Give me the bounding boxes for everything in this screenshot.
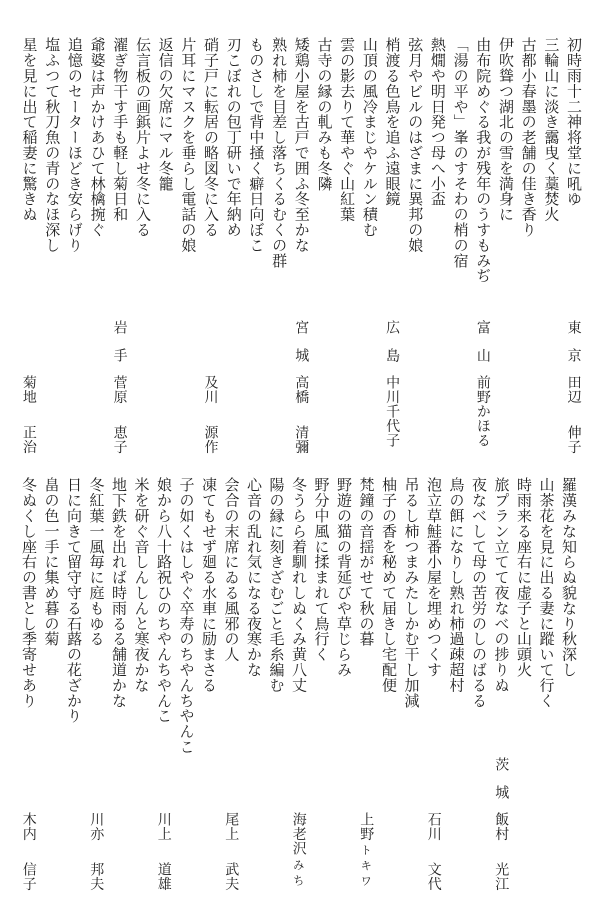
author: 石川 文代 — [423, 757, 446, 891]
haiku-line: 返信の欠席にマル冬籠 — [154, 37, 177, 191]
author-given-name: 武夫 — [221, 862, 241, 891]
author-given-name: みち — [291, 859, 307, 890]
author-family-name: 菊地 — [19, 375, 39, 425]
haiku-line: 伝言板の画鋲片よせ冬に入る — [131, 37, 154, 237]
haiku-line: 柚子の香を秘めて届きし宅配便 — [378, 477, 401, 693]
author-family-name: 田辺 — [564, 375, 584, 425]
haiku-line: 子の如くはしやぐ卒寿のちやんちやんこ — [175, 477, 198, 754]
haiku-line: 畠の色一手に集め暮の菊 — [40, 477, 63, 646]
author-family-name: 石川 — [424, 812, 444, 862]
author: 川上 道雄 — [153, 757, 176, 891]
haiku-line: 雲の影去りて華やぐ山紅葉 — [335, 37, 358, 222]
haiku-line: 野分中風に揉まれて鳥行く — [310, 477, 333, 662]
author: 東京 田辺 伸子 — [562, 320, 585, 454]
haiku-line: 片耳にマスクを垂らし電話の娘 — [177, 37, 200, 253]
author-given-name: かほる — [473, 404, 493, 448]
author: 尾上 武夫 — [220, 757, 243, 891]
author: 木内 信子 — [18, 757, 41, 891]
author-given-name: 信子 — [19, 862, 39, 891]
haiku-line: 熟れ柿を目差し落ちくるむくの群 — [267, 37, 290, 268]
author: 宮城 高橋 清彌 — [290, 320, 313, 454]
author-family-name: 木内 — [19, 812, 39, 862]
author-prefecture: 岩手 — [110, 320, 130, 375]
haiku-line: 熱燗や明日発つ母へ小盃 — [426, 37, 449, 206]
author-prefecture: 宮城 — [291, 320, 311, 375]
author-prefecture: 東京 — [564, 320, 584, 375]
author: 岩手 菅原 恵子 — [108, 320, 131, 454]
haiku-line: ものさしで背中掻く癖日向ぼこ — [245, 37, 268, 253]
author: 富山 前野 かほる — [472, 320, 495, 448]
haiku-list-top: 初時雨十二神将堂に吼ゆ 三輪山に淡き靄曳く藁焚火 古都小春墨の老舗の佳き香り 伊… — [18, 37, 585, 283]
haiku-line: 泡立草鮭番小屋を埋めつくす — [423, 477, 446, 677]
author-family-name: 飯村 — [491, 812, 511, 862]
haiku-line: 日に向きて留守守る石蕗の花ざかり — [63, 477, 86, 723]
haiku-line: 三輪山に淡き靄曳く藁焚火 — [540, 37, 563, 222]
haiku-line: 古寺の縁の軋みも冬隣 — [313, 37, 336, 191]
author: 及川 源作 — [199, 320, 222, 454]
haiku-line: 梵鐘の音揺がせて秋の暮 — [355, 477, 378, 646]
author-given-name: 文代 — [424, 862, 444, 891]
haiku-line: 古都小春墨の老舗の佳き香り — [517, 37, 540, 237]
haiku-line: 硝子戸に転居の略図冬に入る — [199, 37, 222, 237]
haiku-line: 伊吹聳つ湖北の雪を満身に — [494, 37, 517, 222]
haiku-line: 会合の末席にゐる風邪の人 — [220, 477, 243, 662]
haiku-line: 凍てもせず廻る水車に励まさる — [198, 477, 221, 693]
author: 川亦 邦夫 — [85, 757, 108, 891]
author-given-name: 伸子 — [564, 425, 584, 454]
haiku-line: 娘から八十路祝ひのちやんちやんこ — [153, 477, 176, 723]
haiku-line: 山茶花を見に出る妻に蹤いて行く — [535, 477, 558, 708]
author: 広島 中川 千代子 — [381, 320, 404, 448]
haiku-line: 米を研ぐ音しんしんと寒夜かな — [130, 477, 153, 693]
author-family-name: 川上 — [154, 812, 174, 862]
author-given-name: 道雄 — [154, 862, 174, 891]
haiku-line: 「湯の平や」峯のすそわの梢の宿 — [449, 37, 472, 268]
haiku-line: 矮鶏小屋を古戸で囲ふ冬至かな — [290, 37, 313, 253]
haiku-line: 初時雨十二神将堂に吼ゆ — [562, 37, 585, 206]
haiku-line: 心音の乱れ気になる夜寒かな — [243, 477, 266, 677]
haiku-line: 濯ぎ物干す手も軽し菊日和 — [109, 37, 132, 222]
haiku-line: 弦月やビルのはざまに異邦の娘 — [404, 37, 427, 253]
author-family-name: 菅原 — [110, 375, 130, 425]
haiku-line: 野遊の猫の背延びや草じらみ — [333, 477, 356, 677]
author-given-name: 源作 — [200, 425, 220, 454]
author: 海老沢 みち — [288, 757, 311, 890]
haiku-line: 冬紅葉一風毎に庭もゆる — [85, 477, 108, 646]
author-family-name: 上野 — [356, 812, 376, 841]
author-given-name: 千代子 — [382, 404, 402, 448]
haiku-line: 追憶のセーターほどき安らげり — [63, 37, 86, 253]
haiku-line: 時雨来る座右に虚子と山頭火 — [513, 477, 536, 677]
haiku-line: 陽の縁に刻きざむごと毛糸編む — [265, 477, 288, 693]
author-family-name: 川亦 — [86, 812, 106, 862]
haiku-line: 刃こぼれの包丁研いで年納め — [222, 37, 245, 237]
haiku-line: 冬うらら着馴れしぬくみ黄八丈 — [288, 477, 311, 693]
haiku-line: 山頂の風冷まじやケルン積む — [358, 37, 381, 237]
author-prefecture: 富山 — [473, 320, 493, 375]
author: 菊地 正治 — [18, 320, 41, 454]
author-given-name: 清彌 — [291, 425, 311, 454]
author-prefecture: 広島 — [382, 320, 402, 375]
author: 上野 トキワ — [355, 757, 378, 891]
author: 茨城 飯村 光江 — [490, 757, 513, 891]
author-family-name: 前野 — [473, 375, 493, 404]
haiku-line: 旅プラン立てて夜なべの捗りぬ — [490, 477, 513, 693]
haiku-line: 鳥の餌になりし熟れ柿過疎超村 — [445, 477, 468, 693]
author-family-name: 高橋 — [291, 375, 311, 425]
author-family-name: 中川 — [382, 375, 402, 404]
author-family-name: 尾上 — [221, 812, 241, 862]
author-family-name: 海老沢 — [289, 812, 309, 856]
author-prefecture: 茨城 — [491, 757, 511, 812]
haiku-line: 羅漢みな知らぬ貌なり秋深し — [558, 477, 581, 677]
haiku-line: 夜なべして母の苦労のしのばるる — [468, 477, 491, 708]
author-family-name: 及川 — [200, 375, 220, 425]
haiku-line: 地下鉄を出れば時雨るる舗道かな — [108, 477, 131, 708]
haiku-line: 梢渡る色鳥を追ふ遠眼鏡 — [381, 37, 404, 206]
haiku-line: 爺婆は声かけあひて林檎捥ぐ — [86, 37, 109, 237]
author-given-name: 正治 — [19, 425, 39, 454]
author-given-name: 邦夫 — [86, 862, 106, 891]
author-given-name: トキワ — [358, 844, 374, 891]
author-given-name: 恵子 — [110, 425, 130, 454]
haiku-line: 星を見に出て稲妻に驚きぬ — [18, 37, 41, 222]
haiku-line: 塩ふつて秋刀魚の青のなほ深し — [41, 37, 64, 253]
author-given-name: 光江 — [491, 862, 511, 891]
haiku-line: 冬ぬくし座右の書とし季寄せあり — [18, 477, 41, 708]
haiku-line: 吊るし柿つまみたしかむ干し加減 — [400, 477, 423, 708]
haiku-line: 由布院めぐる我が残年のうすもみぢ — [472, 37, 495, 283]
haiku-list-bottom: 羅漢みな知らぬ貌なり秋深し 山茶花を見に出る妻に蹤いて行く 時雨来る座右に虚子と… — [18, 477, 581, 754]
